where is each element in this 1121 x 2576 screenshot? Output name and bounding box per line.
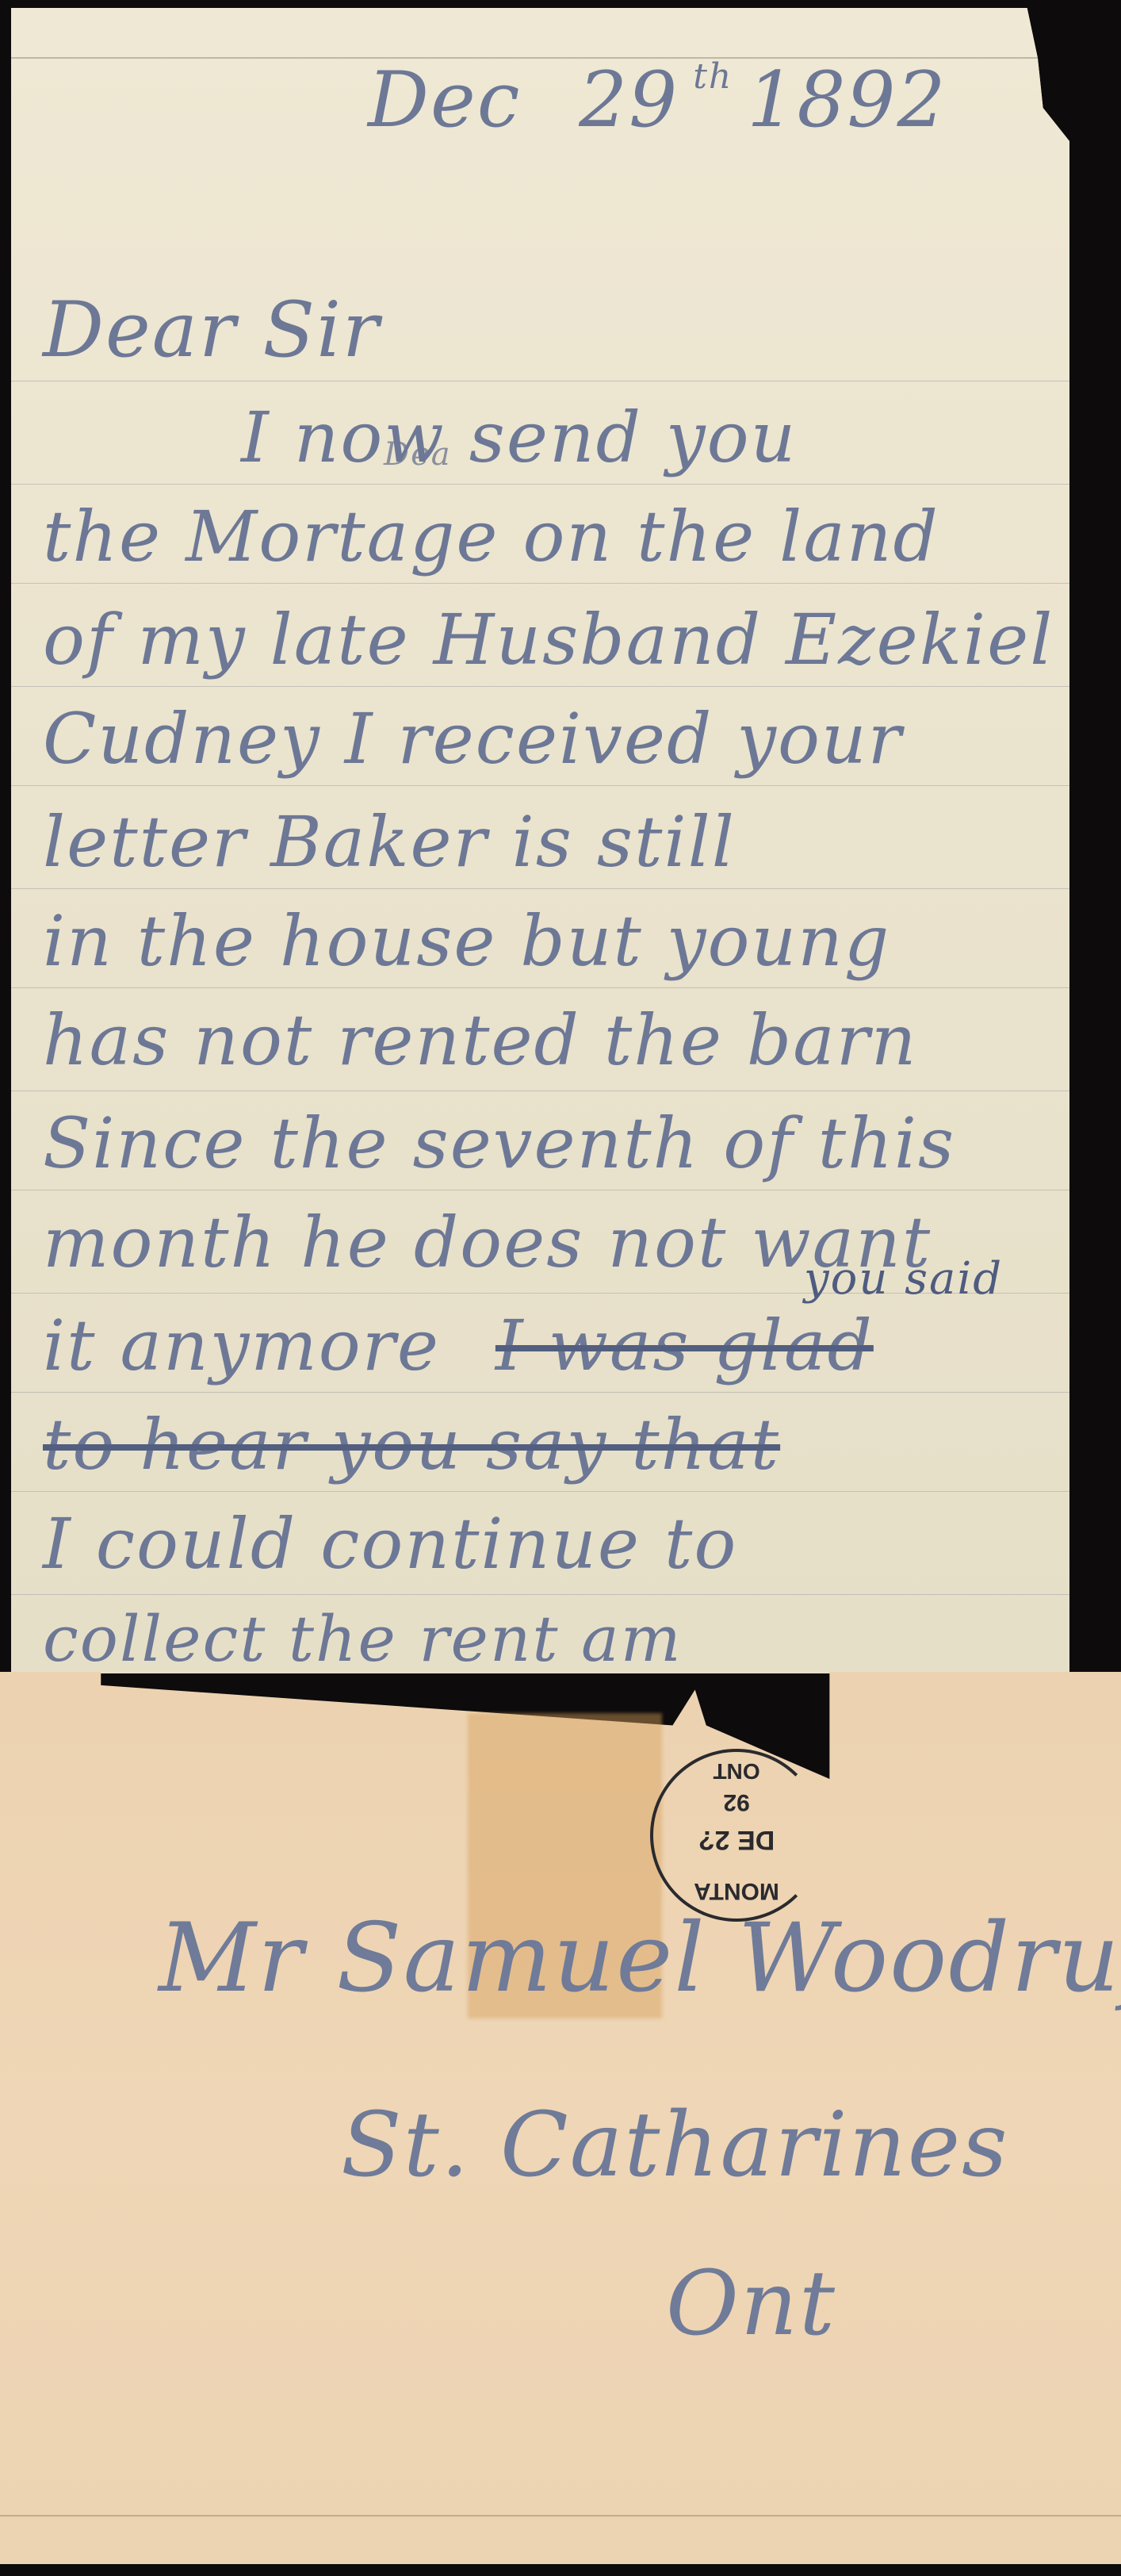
letter-line: the Mortage on the land — [43, 496, 939, 577]
ruled-line — [11, 583, 1069, 584]
postmark-date: DE 2? — [653, 1824, 820, 1855]
address-city: St. Catharines — [341, 2094, 1009, 2197]
letter-line: I could continue to — [43, 1503, 737, 1585]
ruled-line — [11, 785, 1069, 786]
address-name: Mr Samuel Woodruff — [159, 1903, 1121, 2014]
ruled-line — [11, 686, 1069, 687]
envelope-fold-line — [0, 2515, 1121, 2517]
letter-line: letter Baker is still — [43, 801, 736, 883]
letter-line: Cudney I received your — [43, 698, 903, 780]
date-suffix: th — [693, 56, 733, 97]
postmark: MONTA DE 2? 92 ONT — [650, 1749, 823, 1922]
ruled-line — [11, 1491, 1069, 1492]
letter-line: collect the rent am — [43, 1602, 683, 1676]
date-month: Dec — [368, 56, 522, 144]
ruled-line — [11, 1594, 1069, 1595]
ruled-line — [11, 987, 1069, 988]
postmark-town: MONTA — [653, 1877, 820, 1904]
ruled-line — [11, 484, 1069, 485]
ruled-line — [11, 381, 1069, 381]
letter-line: of my late Husband Ezekiel — [43, 599, 1054, 680]
letter-line: Since the seventh of this — [43, 1102, 955, 1184]
address-province: Ont — [666, 2252, 836, 2356]
salutation: Dear Sir — [43, 286, 381, 374]
ruled-line — [11, 1190, 1069, 1190]
postmark-year: 92 — [653, 1788, 820, 1815]
date-day: 29 — [579, 56, 679, 144]
letter-line: has not rented the barn — [43, 999, 917, 1081]
postmark-province: ONT — [653, 1758, 820, 1784]
letter-date: Dec 29th1892 — [368, 56, 947, 144]
letter-line: in the house but young — [43, 900, 890, 982]
letter-line: I now send you — [241, 397, 797, 478]
ruled-line — [11, 1392, 1069, 1393]
struck-text: I was glad — [495, 1305, 874, 1386]
struck-line: to hear you say that — [43, 1404, 780, 1485]
letter-page: Dec 29th1892 Dear Sir Dea I now send you… — [11, 8, 1069, 1673]
letter-line: it anymore I was glad — [43, 1305, 874, 1386]
date-year: 1892 — [747, 56, 947, 144]
ruled-line — [11, 1091, 1069, 1091]
letter-line-text: it anymore — [43, 1305, 440, 1386]
ruled-line — [11, 888, 1069, 889]
letter-line: month he does not want — [43, 1202, 932, 1283]
inserted-text: you said — [804, 1253, 1003, 1305]
